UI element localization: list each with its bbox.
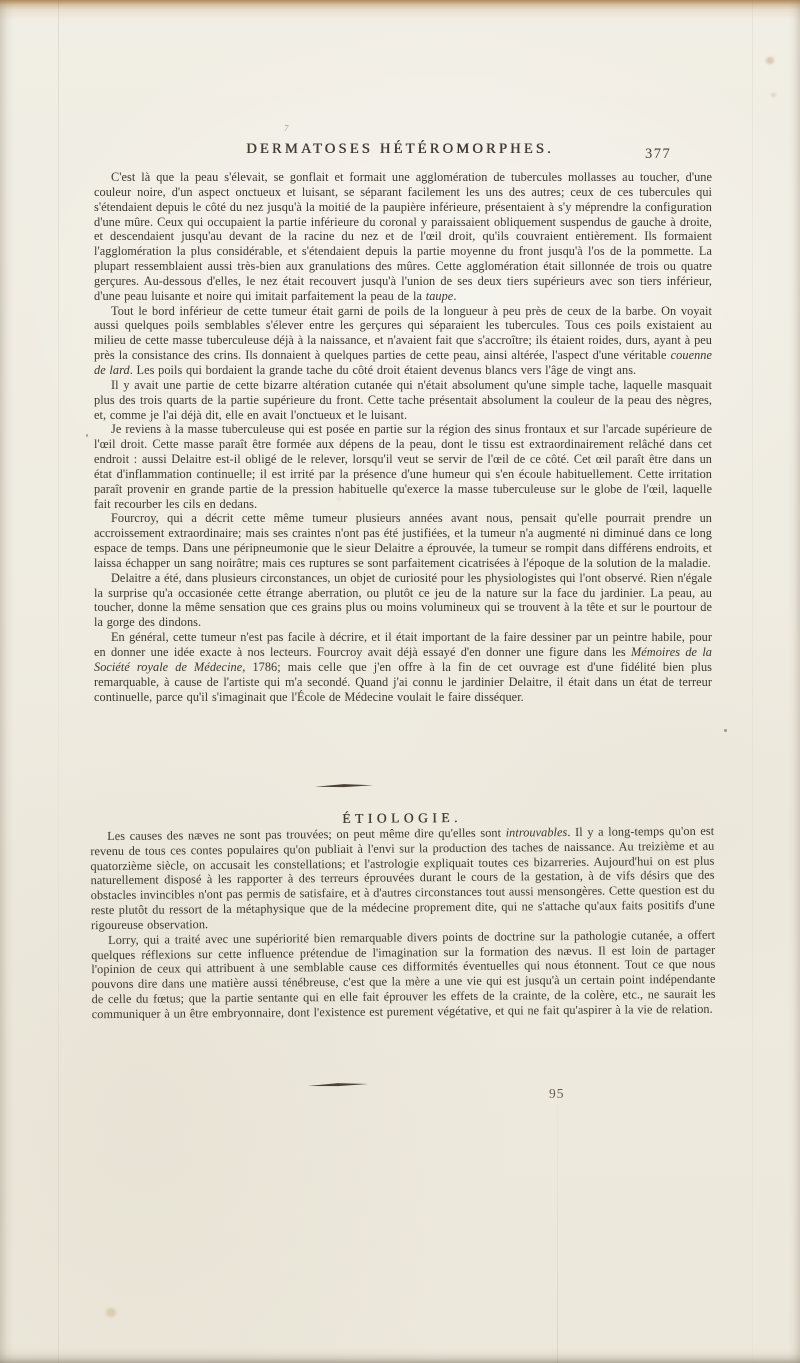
paragraph: Il y avait une partie de cette bizarre a… [94,378,712,423]
section-divider-rule [308,1081,368,1089]
running-title: DERMATOSES HÉTÉROMORPHES. [0,141,800,158]
page-number: 377 [645,146,671,163]
paragraph: Les causes des næves ne sont pas trouvée… [90,824,715,933]
swelled-rule-icon [315,782,373,790]
ink-speck [724,729,727,732]
paragraph: Je reviens à la masse tuberculeuse qui e… [94,422,712,511]
paragraph: Fourcroy, qui a décrit cette même tumeur… [94,511,712,570]
paper-crease [58,0,59,1363]
section-etiologie-text: Les causes des næves ne sont pas trouvée… [90,824,716,1022]
paper-stain [771,93,776,97]
paragraph: Delaitre a été, dans plusieurs circonsta… [94,571,712,630]
section-etiologie: ÉTIOLOGIE. Les causes des næves ne sont … [90,809,716,1022]
paragraph: C'est là que la peau s'élevait, se gonfl… [94,170,712,304]
page-edge-right [788,0,800,1363]
stray-print-mark: 7 [283,123,289,134]
section-description-text: C'est là que la peau s'élevait, se gonfl… [94,170,712,704]
paper-stain [766,57,774,64]
paragraph: Lorry, qui a traité avec une supériorité… [91,927,716,1022]
section-divider-rule [315,782,373,790]
page-edge-bottom [0,1347,800,1363]
signature-mark: 95 [549,1086,565,1102]
page-edge-left [0,0,14,1363]
paper-crease [752,0,753,1363]
page-edge-top [0,0,800,20]
ink-speck [86,434,88,437]
paper-stain [106,1308,116,1317]
paragraph: Tout le bord inférieur de cette tumeur é… [94,304,712,378]
paragraph: En général, cette tumeur n'est pas facil… [94,630,712,704]
swelled-rule-icon [308,1081,368,1089]
scanned-book-page: 7 DERMATOSES HÉTÉROMORPHES. 377 C'est là… [0,0,800,1363]
